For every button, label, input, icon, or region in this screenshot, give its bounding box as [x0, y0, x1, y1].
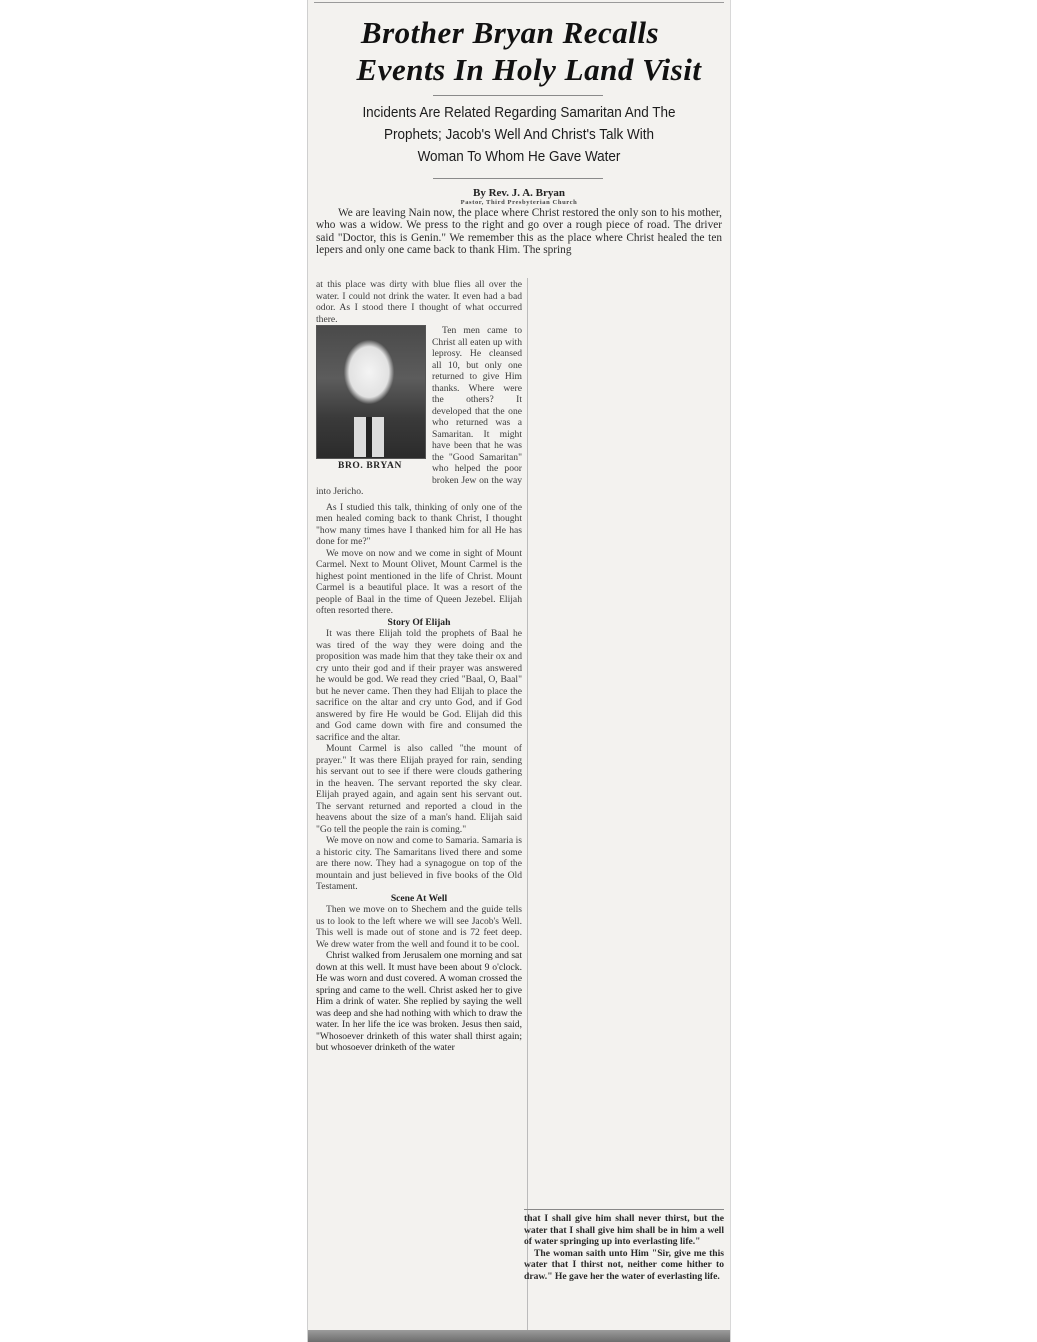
- paragraph: We move on now and we come in sight of M…: [316, 548, 522, 617]
- headline-line-1: Brother Bryan Recalls: [308, 14, 730, 51]
- column-divider: [527, 278, 528, 1338]
- paragraph: Then we move on to Shechem and the guide…: [316, 904, 522, 950]
- deck-line-2: Prophets; Jacob's Well And Christ's Talk…: [326, 124, 711, 146]
- top-rule: [314, 2, 724, 3]
- newspaper-clipping: Brother Bryan Recalls Events In Holy Lan…: [307, 0, 731, 1342]
- byline: By Rev. J. A. Bryan: [308, 187, 730, 199]
- headline: Brother Bryan Recalls Events In Holy Lan…: [308, 14, 730, 88]
- lead-paragraph-block: We are leaving Nain now, the place where…: [316, 207, 722, 257]
- portrait-collar: [354, 417, 384, 457]
- byline-title: Pastor, Third Presbyterian Church: [308, 199, 730, 206]
- headline-divider: [433, 95, 603, 96]
- lead-paragraph: We are leaving Nain now, the place where…: [316, 207, 722, 257]
- scan-bottom-edge: [308, 1330, 730, 1342]
- deck-line-3: Woman To Whom He Gave Water: [326, 146, 711, 168]
- paragraph: It was there Elijah told the prophets of…: [316, 628, 522, 743]
- paragraph: As I studied this talk, thinking of only…: [316, 502, 522, 548]
- column-1: at this place was dirty with blue flies …: [316, 279, 522, 1054]
- paragraph: Mount Carmel is also called "the mount o…: [316, 743, 522, 835]
- photo-figure: BRO. BRYAN: [316, 325, 426, 475]
- subhead-scene-at-well: Scene At Well: [316, 893, 522, 905]
- paragraph: Christ walked from Jerusalem one morning…: [316, 950, 522, 1054]
- photo-caption: BRO. BRYAN: [316, 461, 424, 473]
- subheadline-deck: Incidents Are Related Regarding Samarita…: [326, 102, 711, 168]
- deck-divider: [433, 178, 603, 179]
- column-2: that I shall give him shall never thirst…: [524, 1209, 724, 1282]
- subhead-story-of-elijah: Story Of Elijah: [316, 617, 522, 629]
- paragraph: The woman saith unto Him "Sir, give me t…: [524, 1248, 724, 1283]
- paragraph: We move on now and come to Samaria. Sama…: [316, 835, 522, 893]
- deck-line-1: Incidents Are Related Regarding Samarita…: [326, 102, 711, 124]
- headline-line-2: Events In Holy Land Visit: [308, 51, 730, 88]
- paragraph: at this place was dirty with blue flies …: [316, 279, 522, 325]
- paragraph: that I shall give him shall never thirst…: [524, 1213, 724, 1248]
